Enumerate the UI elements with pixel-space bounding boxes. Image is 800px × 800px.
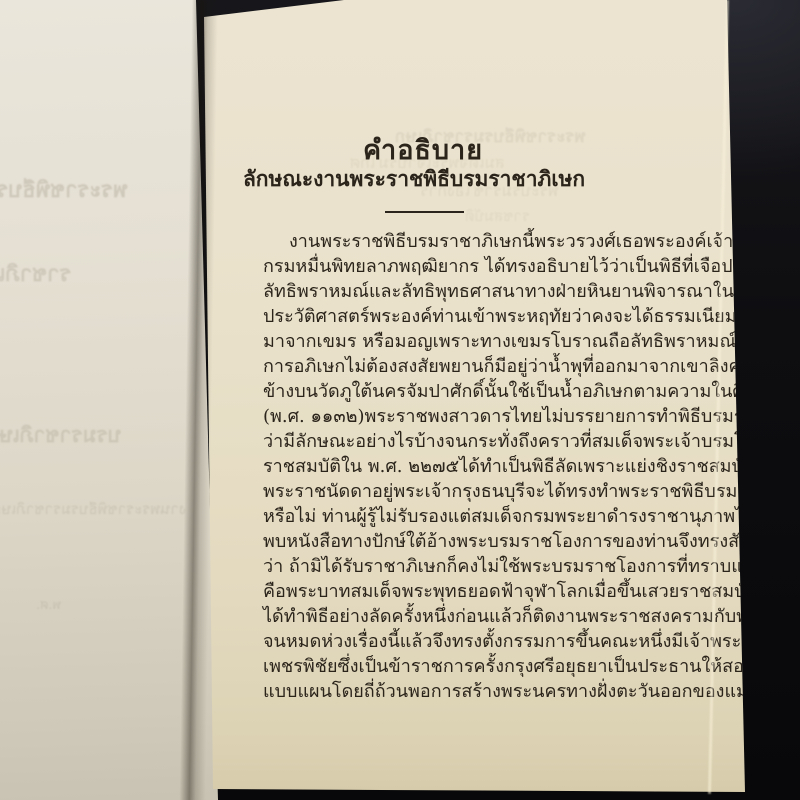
- text-segment: จึงทรงตั้งกรรมการขึ้นคณะหนึ่ง: [433, 629, 672, 654]
- text-segment: มาจากเขมร หรือมอญ: [263, 329, 433, 354]
- ghost-bleed-line: ราชสมบัติ: [465, 204, 530, 228]
- text-segment: พระเจ้ากรุงธนบุรีจะได้ทรงทำพระราชพิธีบรม…: [393, 479, 800, 504]
- text-segment: ราชสมบัติใน พ.ศ. ๒๒๗๕: [263, 454, 459, 479]
- text-segment: และลัทธิพุทธศาสนาทางฝ่ายหินยาน: [369, 279, 644, 304]
- text-segment: พอการสร้างพระนครทางฝั่งตะวันออกของแม่น้ำ: [408, 679, 770, 704]
- ghost-bleed-line: บรมราชาภิเษก: [0, 419, 121, 452]
- ghost-bleed-line: พระราชพิธีบรม: [0, 172, 127, 207]
- text-segment: พระราชนัดดาอยู่: [263, 479, 393, 504]
- text-segment: เพชรพิชัย: [263, 654, 338, 679]
- text-segment: พิจารณาในทาง: [644, 279, 765, 304]
- text-segment: งานพระราชพิธีบรมราชาภิเษกนี้: [289, 229, 534, 254]
- text-segment: อ้างพระบรมราชโองการของท่าน: [426, 529, 678, 554]
- ghost-bleed-line: พ.ศ.: [36, 594, 61, 615]
- text-segment: ย่อมมี: [736, 329, 781, 354]
- text-segment: ได้ทรง: [735, 504, 786, 529]
- text-segment: ได้ทำพิธีอย่างลัด: [263, 604, 392, 629]
- text-segment: แล้วก็ติดงานพระราชสงครามกับพม่า: [489, 604, 770, 629]
- body-line: ลัทธิพราหมณ์และลัทธิพุทธศาสนาทางฝ่ายหินย…: [263, 279, 668, 304]
- body-line: เพชรพิชัยซึ่งเป็นข้าราชการครั้งกรุงศรีอย…: [263, 654, 668, 679]
- body-line: ราชสมบัติใน พ.ศ. ๒๒๗๕ได้ทำเป็นพิธีลัดเพร…: [263, 454, 668, 479]
- body-line: หรือไม่ ท่านผู้รู้ไม่รับรองแต่สมเด็จกรมพ…: [263, 504, 668, 529]
- text-segment: พระบาทสมเด็จพระพุทธยอดฟ้าจุฬาโลก: [286, 579, 588, 604]
- body-line: พระราชนัดดาอยู่พระเจ้ากรุงธนบุรีจะได้ทรง…: [263, 479, 668, 504]
- text-segment: จึงทรงสันนิษฐาน: [678, 529, 800, 554]
- text-segment: เพราะแย่งชิงราชสมบัติกับ: [577, 454, 777, 479]
- ghost-bleed-line: งานพระราชพิธีบรมราชาภิเษก: [0, 497, 186, 521]
- body-line: (พ.ศ. ๑๑๓๒)พระราชพงสาวดารไทยไม่บรรยายการ…: [263, 404, 668, 429]
- text-segment: จนหมดห่วงเรื่องนี้แล้ว: [263, 629, 433, 654]
- ghost-bleed-line: ราชาภิเษก: [0, 256, 71, 291]
- text-segment: ข้างบนวัดภู: [263, 379, 352, 404]
- text-segment: มีเจ้าพระยา: [671, 629, 762, 654]
- text-segment: กรมหมื่นพิทยลาภพฤฒิยากร ได้ทรงอธิบายไว้ว…: [263, 254, 629, 279]
- text-segment: แต่สมเด็จกรมพระยาดำรงราชานุภาพ: [448, 504, 735, 529]
- text-segment: ว่า ถ้ามิได้รับราชาภิเษก: [263, 554, 447, 579]
- text-segment: ได้ทำเป็นพิธีลัด: [459, 454, 577, 479]
- body-line: ว่ามีลักษณะอย่างไรบ้างจนกระทั่งถึงคราวที…: [263, 429, 668, 454]
- text-segment: แบบแผนโดยถี่ถ้วน: [263, 679, 408, 704]
- text-segment: (พ.ศ. ๑๑๓๒): [263, 404, 365, 429]
- text-segment: ใต้นครจัมปาศักดิ์นั้นใช้เป็นน้ำอภิเษก: [352, 379, 634, 404]
- text-segment: คงจะได้ธรรมเนียมอภิเษก: [592, 304, 788, 329]
- text-segment: การอภิเษกไม่ต้องสงสัย: [263, 354, 439, 379]
- text-segment: พระราชพงสาวดารไทยไม่บรรยายการทำพิธีบรมรา…: [365, 404, 800, 429]
- body-line: กรมหมื่นพิทยลาภพฤฒิยากร ได้ทรงอธิบายไว้ว…: [263, 254, 668, 279]
- text-segment: หรือไม่ ท่านผู้รู้ไม่รับรอง: [263, 504, 448, 529]
- body-line: การอภิเษกไม่ต้องสงสัยพยานก็มีอยู่ว่าน้ำพ…: [263, 354, 668, 379]
- title-divider-rule: [385, 211, 464, 213]
- text-segment: น้ำพุที่ออกมาจากเขาลิงคบรรพต: [548, 354, 795, 379]
- text-segment: เป็นพิธีที่เจือปนด้วย: [629, 254, 777, 279]
- text-segment: พยานก็มีอยู่ว่า: [439, 354, 548, 379]
- text-segment: ว่ามีลักษณะอย่างไรบ้าง: [263, 429, 445, 454]
- text-segment: ซึ่งเป็นข้าราชการครั้งกรุงศรีอยุธยาเป็นป…: [338, 654, 702, 679]
- text-segment: พบหนังสือทางปักษ์ใต้: [263, 529, 426, 554]
- text-segment: เพราะทางเขมรโบราณถือลัทธิพราหมณ์: [433, 329, 736, 354]
- text-segment: ลัทธิพราหมณ์: [263, 279, 369, 304]
- text-segment: เมื่อขึ้นเสวยราชสมบัตินั้น: [588, 579, 782, 604]
- page-subtitle: ลักษณะงานพระราชพิธีบรมราชาภิเษก: [243, 163, 585, 196]
- body-line: งานพระราชพิธีบรมราชาภิเษกนี้พระวรวงศ์เธอ…: [263, 229, 668, 254]
- text-segment: พระองค์ท่านเข้าพระหฤทัยว่า: [369, 304, 591, 329]
- text-segment: ประวัติศาสตร์: [263, 304, 369, 329]
- body-line: คือพระบาทสมเด็จพระพุทธยอดฟ้าจุฬาโลกเมื่อ…: [263, 579, 668, 604]
- body-line: ประวัติศาสตร์พระองค์ท่านเข้าพระหฤทัยว่าค…: [263, 304, 668, 329]
- body-line: ได้ทำพิธีอย่างลัดครั้งหนึ่งก่อนแล้วก็ติด…: [263, 604, 668, 629]
- text-segment: ที่ทราบแน่นอนนั้น: [676, 554, 800, 579]
- text-segment: รับ: [766, 429, 787, 454]
- book-photo: พระราชพิธีบรม ราชาภิเษก บรมราชาภิเษก งาน…: [0, 0, 800, 800]
- body-line: ว่า ถ้ามิได้รับราชาภิเษกก็คงไม่ใช้พระบรม…: [263, 554, 668, 579]
- body-line: แบบแผนโดยถี่ถ้วนพอการสร้างพระนครทางฝั่งต…: [263, 679, 668, 704]
- text-segment: ครั้งหนึ่งก่อน: [392, 604, 489, 629]
- body-text-block: งานพระราชพิธีบรมราชาภิเษกนี้พระวรวงศ์เธอ…: [263, 229, 668, 704]
- body-line: ข้างบนวัดภูใต้นครจัมปาศักดิ์นั้นใช้เป็นน…: [263, 379, 668, 404]
- text-segment: ให้สอบสวน: [702, 654, 789, 679]
- body-line: พบหนังสือทางปักษ์ใต้อ้างพระบรมราชโองการข…: [263, 529, 668, 554]
- body-line: มาจากเขมร หรือมอญเพราะทางเขมรโบราณถือลัท…: [263, 329, 668, 354]
- text-segment: ก็คงไม่ใช้พระบรมราชโองการ: [447, 554, 677, 579]
- text-segment: พระวรวงศ์เธอพระองค์เจ้าธานีนิวัต: [534, 229, 800, 254]
- body-line: จนหมดห่วงเรื่องนี้แล้วจึงทรงตั้งกรรมการข…: [263, 629, 668, 654]
- text-segment: คือ: [263, 579, 286, 604]
